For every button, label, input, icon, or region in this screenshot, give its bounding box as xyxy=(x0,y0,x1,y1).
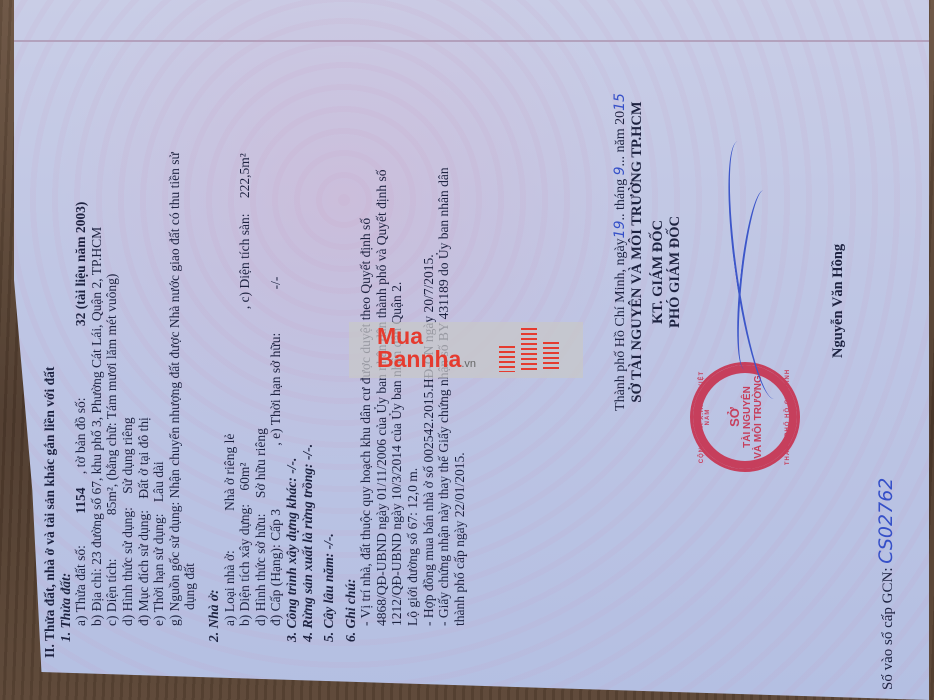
title-vice-director: PHÓ GIÁM ĐỐC xyxy=(667,0,684,512)
parcel-row: a) Thửa đất số: 1154 , tờ bản đồ số: 32 … xyxy=(73,152,89,658)
note-line: - Hợp đồng mua bán nhà ở số 002542.2015.… xyxy=(421,152,437,658)
watermark-line1: Mua xyxy=(377,325,476,348)
note-line: Lộ giới đường số 67: 12,0 m. xyxy=(405,152,421,658)
signature-block: Thành phố Hồ Chí Minh, ngày19.. tháng 9.… xyxy=(612,0,684,512)
land-info-section: II. Thửa đất, nhà ở và tài sản khác gắn … xyxy=(42,152,467,658)
month-handwritten: 9 xyxy=(612,166,628,175)
use-form-row: d) Hình thức sử dụng: Sử dụng riêng xyxy=(120,152,136,658)
note-line: 4868/QĐ-UBND ngày 01/11/2006 của Ủy ban … xyxy=(374,152,390,658)
area-row: c) Diện tích: 85m², (bằng chữ: Tám mươi … xyxy=(104,152,120,658)
note-line: - Vị trí nhà, đất thuộc quy hoạch khu dâ… xyxy=(358,152,374,658)
use-term-row: e) Thời hạn sử dụng: Lâu dài xyxy=(151,152,167,658)
production-forest: 4. Rừng sản xuất là rừng trồng: -/-. xyxy=(300,152,316,658)
other-works: 3. Công trình xây dựng khác: -/-. xyxy=(284,152,300,658)
registration-number: Số vào sổ cấp GCN: CS02762 xyxy=(875,478,897,690)
note-line: thành phố cấp ngày 22/01/2015. xyxy=(452,152,468,658)
place-date: Thành phố Hồ Chí Minh, ngày19.. tháng 9.… xyxy=(612,0,629,512)
address-value: 23 đường số 67, khu phố 3, Phường Cát Lá… xyxy=(89,227,104,565)
address-row: b) Địa chỉ: 23 đường số 67, khu phố 3, P… xyxy=(89,152,105,658)
signer-name: Nguyễn Văn Hồng xyxy=(830,244,847,358)
muabannha-watermark: Mua Bannha.vn xyxy=(349,322,583,378)
year-handwritten: 15 xyxy=(612,93,628,111)
area-value: 85m², (bằng chữ: Tám mươi lăm mét vuông) xyxy=(104,274,119,516)
map-sheet-number: 32 (tài liệu năm 2003) xyxy=(73,202,88,327)
house-type-row: a) Loại nhà ở: Nhà ở riêng lẻ xyxy=(222,152,238,658)
building-logo-icon xyxy=(499,326,561,372)
note-line: - Giấy chứng nhận này thay thế Giấy chứn… xyxy=(436,152,452,658)
official-stamp: CỘNG HÒA X.H.C.N VIỆT NAM SỞ TÀI NGUYÊN … xyxy=(690,362,800,472)
house-heading: 2. Nhà ở: xyxy=(206,152,222,658)
registration-value-handwritten: CS02762 xyxy=(875,478,897,564)
origin-row: g) Nguồn gốc sử dụng: Nhận chuyển nhượng… xyxy=(167,152,183,658)
floor-area-value: 222,5m² xyxy=(237,153,252,198)
section-title: II. Thửa đất, nhà ở và tài sản khác gắn … xyxy=(42,152,58,658)
watermark-line2: Bannha xyxy=(377,346,461,372)
notes-heading: 6. Ghi chú: xyxy=(343,152,359,658)
title-deputy: KT. GIÁM ĐỐC xyxy=(650,0,667,512)
parcel-number: 1154 xyxy=(73,487,88,513)
use-purpose-row: đ) Mục đích sử dụng: Đất ở tại đô thị xyxy=(136,152,152,658)
issuing-organization: SỞ TÀI NGUYÊN VÀ MÔI TRƯỜNG TP.HCM xyxy=(629,0,646,512)
land-heading: 1. Thửa đất: xyxy=(58,152,74,658)
perennial-trees: 5. Cây lâu năm: -/-. xyxy=(321,152,337,658)
watermark-suffix: .vn xyxy=(461,358,476,370)
day-handwritten: 19 xyxy=(612,221,628,239)
build-area-row: b) Diện tích xây dựng: 60m² , c) Diện tí… xyxy=(237,152,253,658)
ownership-row: d) Hình thức sở hữu: Sở hữu riêng xyxy=(253,152,269,658)
note-line: 1212/QĐ-UBND ngày 10/3/2014 của Ủy ban n… xyxy=(389,152,405,658)
grade-row: đ) Cấp (Hạng): Cấp 3 , e) Thời hạn sở hữ… xyxy=(268,152,284,658)
